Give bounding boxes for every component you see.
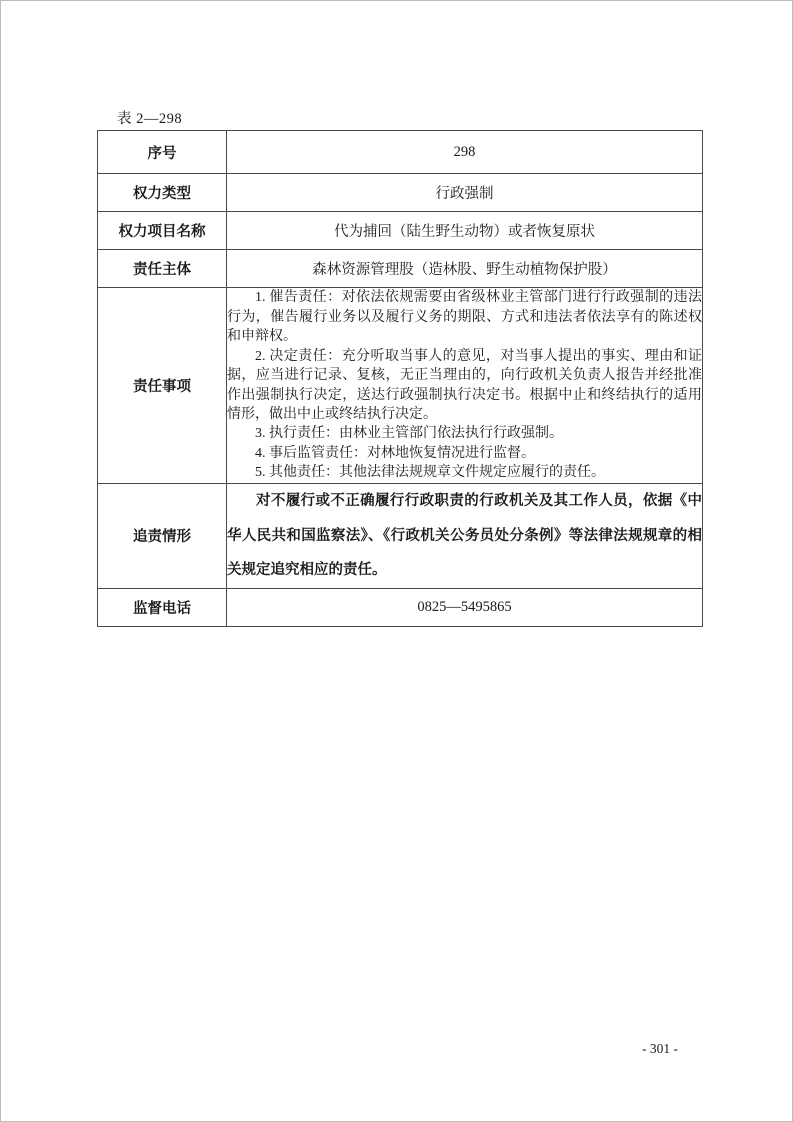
responsibility-table: 序号 298 权力类型 行政强制 权力项目名称 代为捕回（陆生野生动物）或者恢复… <box>97 130 703 627</box>
row-value-responsible-entity: 森林资源管理股（造林股、野生动植物保护股） <box>227 250 703 288</box>
row-label-power-item-name: 权力项目名称 <box>98 212 227 250</box>
table-caption: 表 2—298 <box>117 107 182 128</box>
page-number: - 301 - <box>635 1041 685 1057</box>
responsibility-item-5: 5. 其他责任：其他法律法规规章文件规定应履行的责任。 <box>227 463 702 482</box>
table-row-power-item-name: 权力项目名称 代为捕回（陆生野生动物）或者恢复原状 <box>98 212 703 250</box>
row-label-responsibility-items: 责任事项 <box>98 288 227 484</box>
row-label-responsible-entity: 责任主体 <box>98 250 227 288</box>
responsibility-item-1: 1. 催告责任：对依法依规需要由省级林业主管部门进行行政强制的违法行为，催告履行… <box>227 288 702 346</box>
row-value-responsibility-items: 1. 催告责任：对依法依规需要由省级林业主管部门进行行政强制的违法行为，催告履行… <box>227 288 703 484</box>
table-row-power-type: 权力类型 行政强制 <box>98 174 703 212</box>
responsibility-item-4: 4. 事后监管责任：对林地恢复情况进行监督。 <box>227 444 702 463</box>
row-value-serial: 298 <box>227 131 703 174</box>
row-label-accountability: 追责情形 <box>98 484 227 589</box>
table-row-responsibility-items: 责任事项 1. 催告责任：对依法依规需要由省级林业主管部门进行行政强制的违法行为… <box>98 288 703 484</box>
responsibility-item-3: 3. 执行责任：由林业主管部门依法执行行政强制。 <box>227 424 702 443</box>
row-label-supervision-phone: 监督电话 <box>98 588 227 626</box>
table-row-serial: 序号 298 <box>98 131 703 174</box>
row-value-power-item-name: 代为捕回（陆生野生动物）或者恢复原状 <box>227 212 703 250</box>
row-value-accountability: 对不履行或不正确履行行政职责的行政机关及其工作人员，依据《中华人民共和国监察法》… <box>227 484 703 589</box>
responsibility-item-2: 2. 决定责任：充分听取当事人的意见，对当事人提出的事实、理由和证据，应当进行记… <box>227 347 702 425</box>
document-page: 表 2—298 序号 298 权力类型 行政强制 权力项目名称 代为捕回（陆生野… <box>0 0 793 1122</box>
row-value-power-type: 行政强制 <box>227 174 703 212</box>
table-row-supervision-phone: 监督电话 0825—5495865 <box>98 588 703 626</box>
row-label-power-type: 权力类型 <box>98 174 227 212</box>
table-row-accountability: 追责情形 对不履行或不正确履行行政职责的行政机关及其工作人员，依据《中华人民共和… <box>98 484 703 589</box>
row-value-supervision-phone: 0825—5495865 <box>227 588 703 626</box>
table-row-responsible-entity: 责任主体 森林资源管理股（造林股、野生动植物保护股） <box>98 250 703 288</box>
row-label-serial: 序号 <box>98 131 227 174</box>
